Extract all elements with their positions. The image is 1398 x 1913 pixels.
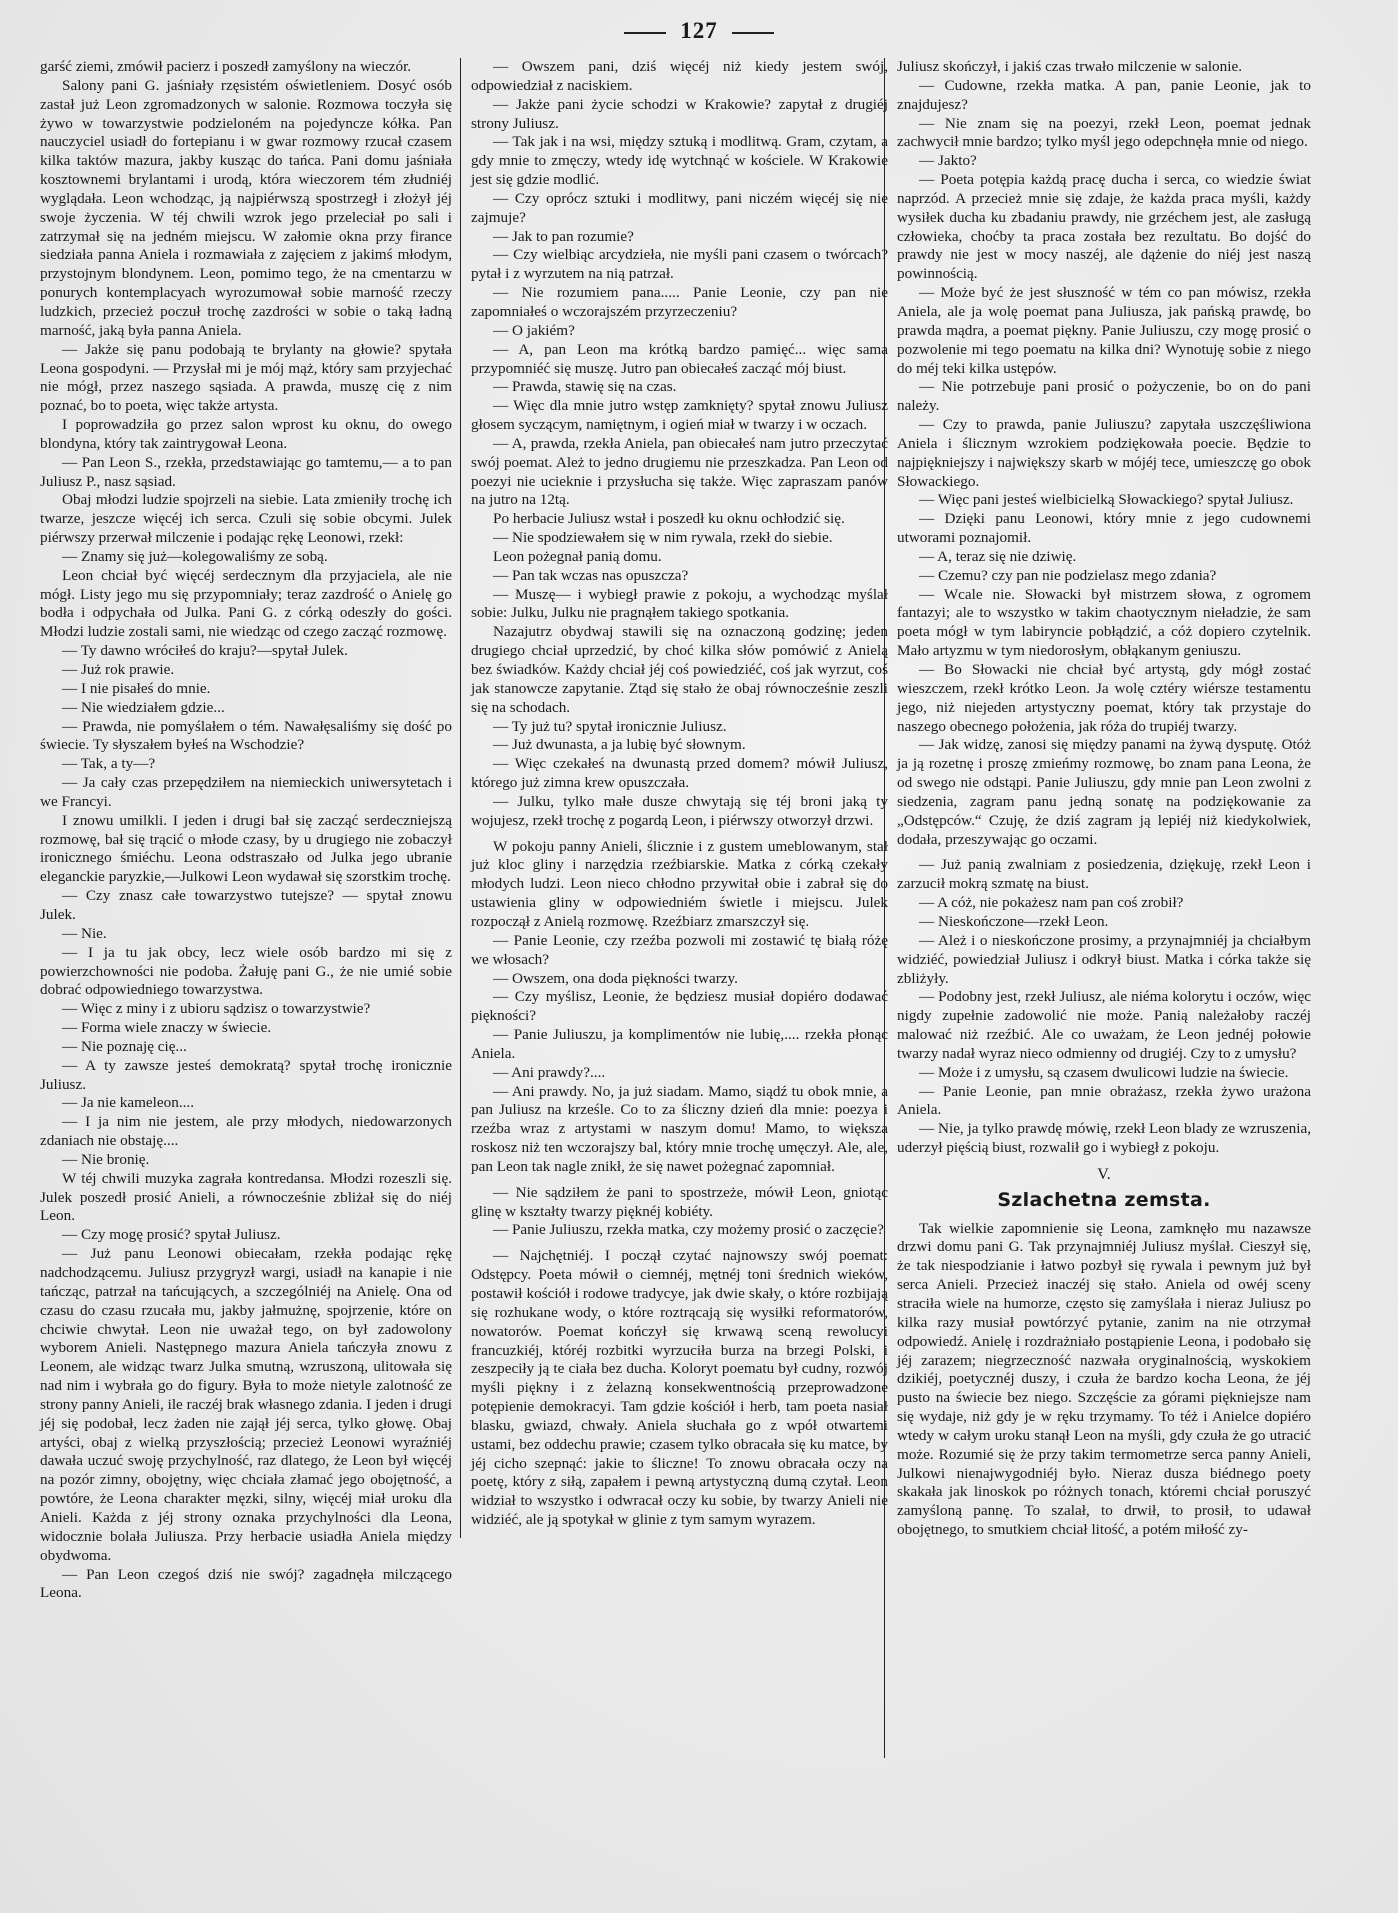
paragraph: — A ty zawsze jesteś demokratą? spytał t… (40, 1057, 452, 1095)
paragraph: — Ani prawdy?.... (471, 1064, 888, 1083)
paragraph: — Jakże się panu podobają te brylanty na… (40, 341, 452, 416)
paragraph: Leon pożegnał panią domu. (471, 548, 888, 567)
paragraph: — Już dwunasta, a ja lubię być słownym. (471, 736, 888, 755)
paragraph: — Poeta potępia każdą pracę ducha i serc… (897, 171, 1311, 284)
paragraph: — Nie rozumiem pana..... Panie Leonie, c… (471, 284, 888, 322)
paragraph: Po herbacie Juliusz wstał i poszedł ku o… (471, 510, 888, 529)
paragraph: — Panie Juliuszu, ja komplimentów nie lu… (471, 1026, 888, 1064)
paragraph: — Nie sądziłem że pani to spostrzeże, mó… (471, 1184, 888, 1222)
paragraph: — I ja tu jak obcy, lecz wiele osób bard… (40, 944, 452, 1001)
paragraph: — Jak widzę, zanosi się między panami na… (897, 736, 1311, 849)
paragraph: — Bo Słowacki nie chciał być artystą, gd… (897, 661, 1311, 736)
paragraph: — Ja nie kameleon.... (40, 1094, 452, 1113)
paragraph: — Tak, a ty—? (40, 755, 452, 774)
paragraph: — Forma wiele znaczy w świecie. (40, 1019, 452, 1038)
paragraph: — Nie wiedziałem gdzie... (40, 699, 452, 718)
paragraph: — Pan Leon S., rzekła, przedstawiając go… (40, 454, 452, 492)
paragraph: — Nie bronię. (40, 1151, 452, 1170)
paragraph: — Więc dla mnie jutro wstęp zamknięty? s… (471, 397, 888, 435)
paragraph: W pokoju panny Anieli, ślicznie i z gust… (471, 838, 888, 932)
section-number: V. (897, 1166, 1311, 1185)
paragraph: — Ja cały czas przepędziłem na niemiecki… (40, 774, 452, 812)
paragraph: — Już panu Leonowi obiecałam, rzekła pod… (40, 1245, 452, 1565)
paragraph: — Jakże pani życie schodzi w Krakowie? z… (471, 96, 888, 134)
page-number-text: 127 (680, 18, 718, 43)
right-column-after-section: Tak wielkie zapomnienie się Leona, zamkn… (897, 1220, 1311, 1540)
paragraph: — Panie Juliuszu, rzekła matka, czy może… (471, 1221, 888, 1240)
paragraph: — Czy mogę prosić? spytał Juliusz. (40, 1226, 452, 1245)
paragraph: — Może i z umysłu, są czasem dwulicowi l… (897, 1064, 1311, 1083)
paragraph: — Więc czekałeś na dwunastą przed domem?… (471, 755, 888, 793)
paragraph: — Nieskończone—rzekł Leon. (897, 913, 1311, 932)
paragraph: — Julku, tylko małe dusze chwytają się t… (471, 793, 888, 831)
paragraph: — A cóż, nie pokażesz nam pan coś zrobił… (897, 894, 1311, 913)
paragraph: — Więc pani jesteś wielbicielką Słowacki… (897, 491, 1311, 510)
paragraph: — Czy wielbiąc arcydzieła, nie myśli pan… (471, 246, 888, 284)
paragraph: — Ty już tu? spytał ironicznie Juliusz. (471, 718, 888, 737)
page-number-dash-left (624, 32, 666, 34)
paragraph: — Pan Leon czegoś dziś nie swój? zagadnę… (40, 1566, 452, 1604)
paragraph: — Wcale nie. Słowacki był mistrzem słowa… (897, 586, 1311, 661)
page-number-dash-right (732, 32, 774, 34)
paragraph: — Dzięki panu Leonowi, który mnie z jego… (897, 510, 1311, 548)
paragraph: — Znamy się już—kolegowaliśmy ze sobą. (40, 548, 452, 567)
text-column-left: garść ziemi, zmówił pacierz i poszedł za… (40, 58, 452, 1603)
paragraph: — Najchętniéj. I począł czytać najnowszy… (471, 1247, 888, 1530)
paragraph: — Nie poznaję cię... (40, 1038, 452, 1057)
paragraph: — Owszem pani, dziś więcéj niż kiedy jes… (471, 58, 888, 96)
paragraph: — Muszę— i wybiegł prawie z pokoju, a wy… (471, 586, 888, 624)
paragraph: — Nie. (40, 925, 452, 944)
paragraph: — Nie potrzebuje pani prosić o pożyczeni… (897, 378, 1311, 416)
paragraph: I poprowadziła go przez salon wprost ku … (40, 416, 452, 454)
paragraph: — Podobny jest, rzekł Juliusz, ale niéma… (897, 988, 1311, 1063)
paragraph: — O jakiém? (471, 322, 888, 341)
paragraph: Juliusz skończył, i jakiś czas trwało mi… (897, 58, 1311, 77)
text-column-middle: — Owszem pani, dziś więcéj niż kiedy jes… (471, 58, 888, 1530)
paragraph: — Panie Leonie, czy rzeźba pozwoli mi zo… (471, 932, 888, 970)
paragraph: — Już panią zwalniam z posiedzenia, dzię… (897, 856, 1311, 894)
paragraph: — Czemu? czy pan nie podzielasz mego zda… (897, 567, 1311, 586)
paragraph: — Pan tak wczas nas opuszcza? (471, 567, 888, 586)
text-column-right: Juliusz skończył, i jakiś czas trwało mi… (897, 58, 1311, 1540)
paragraph: — I nie pisałeś do mnie. (40, 680, 452, 699)
paragraph: — Czy znasz całe towarzystwo tutejsze? —… (40, 887, 452, 925)
paragraph: — A, pan Leon ma krótką bardzo pamięć...… (471, 341, 888, 379)
paragraph: — Owszem, ona doda piękności twarzy. (471, 970, 888, 989)
right-column-before-section: Juliusz skończył, i jakiś czas trwało mi… (897, 58, 1311, 1158)
paragraph: garść ziemi, zmówił pacierz i poszedł za… (40, 58, 452, 77)
paragraph: W téj chwili muzyka zagrała kontredansa.… (40, 1170, 452, 1227)
paragraph: — Więc z miny i z ubioru sądzisz o towar… (40, 1000, 452, 1019)
paragraph: — I ja nim nie jestem, ale przy młodych,… (40, 1113, 452, 1151)
paragraph: — A, teraz się nie dziwię. (897, 548, 1311, 567)
paragraph: Salony pani G. jaśniały rzęsistém oświet… (40, 77, 452, 341)
paragraph: Leon chciał być więcéj serdecznym dla pr… (40, 567, 452, 642)
paragraph: — Prawda, nie pomyślałem o tém. Nawałęsa… (40, 718, 452, 756)
paragraph: Obaj młodzi ludzie spojrzeli na siebie. … (40, 491, 452, 548)
paragraph: — Tak jak i na wsi, między sztuką i modl… (471, 133, 888, 190)
paragraph: — Ależ i o nieskończone prosimy, a przyn… (897, 932, 1311, 989)
paragraph: — Czy myślisz, Leonie, że będziesz musia… (471, 988, 888, 1026)
paragraph: — Czy oprócz sztuki i modlitwy, pani nic… (471, 190, 888, 228)
paragraph: — Jak to pan rozumie? (471, 228, 888, 247)
paragraph: — Ani prawdy. No, ja już siadam. Mamo, s… (471, 1083, 888, 1177)
paragraph: — Może być że jest słuszność w tém co pa… (897, 284, 1311, 378)
column-divider-left (460, 58, 461, 1538)
paragraph: I znowu umilkli. I jeden i drugi bał się… (40, 812, 452, 887)
paragraph: — Nie, ja tylko prawdę mówię, rzekł Leon… (897, 1120, 1311, 1158)
paragraph: — A, prawda, rzekła Aniela, pan obiecałe… (471, 435, 888, 510)
paragraph: — Cudowne, rzekła matka. A pan, panie Le… (897, 77, 1311, 115)
page-number: 127 (0, 18, 1398, 44)
paragraph: — Panie Leonie, pan mnie obrażasz, rzekł… (897, 1083, 1311, 1121)
paragraph: — Prawda, stawię się na czas. (471, 378, 888, 397)
paragraph: — Ty dawno wróciłeś do kraju?—spytał Jul… (40, 642, 452, 661)
paragraph: — Jakto? (897, 152, 1311, 171)
paragraph: Nazajutrz obydwaj stawili się na oznaczo… (471, 623, 888, 717)
paragraph: — Czy to prawda, panie Juliuszu? zapytał… (897, 416, 1311, 491)
paragraph: — Nie znam się na poezyi, rzekł Leon, po… (897, 115, 1311, 153)
paragraph: — Nie spodziewałem się w nim rywala, rze… (471, 529, 888, 548)
paragraph: — Już rok prawie. (40, 661, 452, 680)
section-title: Szlachetna zemsta. (897, 1191, 1311, 1210)
paragraph: Tak wielkie zapomnienie się Leona, zamkn… (897, 1220, 1311, 1540)
